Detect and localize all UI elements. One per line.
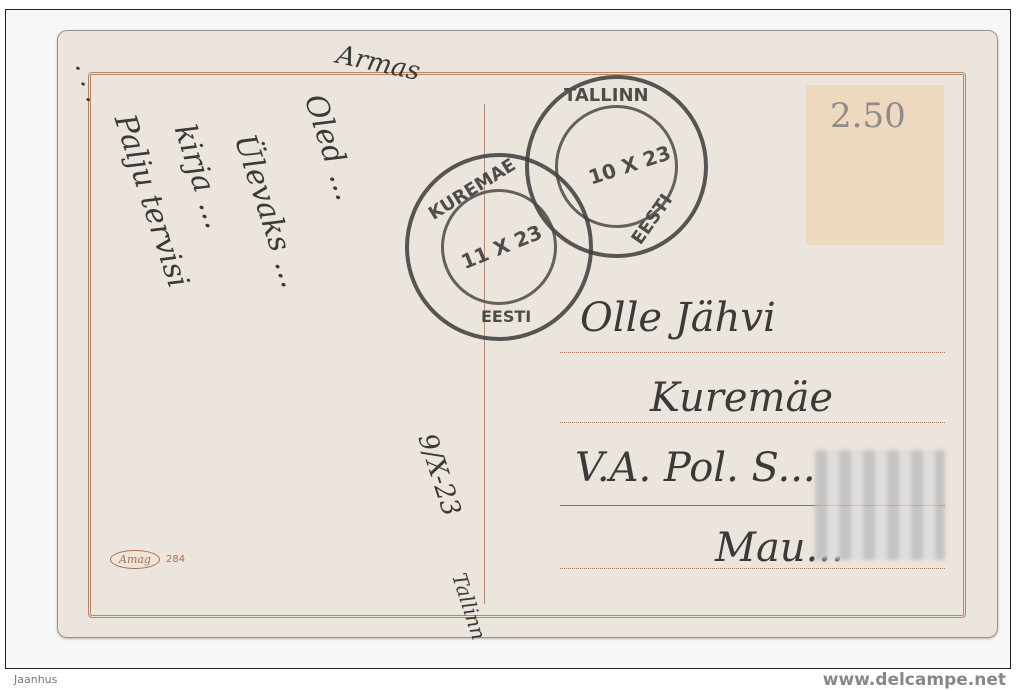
- postmark-tallinn-town: TALLINN: [564, 85, 649, 106]
- publisher-logo: Amag: [110, 550, 160, 569]
- watermark-left: Jaanhus: [14, 673, 57, 686]
- address-line-1: [560, 352, 945, 353]
- postmark-kuremae: KUREMAE 11 X 23 EESTI: [405, 153, 593, 341]
- pixelated-redaction: [815, 450, 945, 560]
- address-name: Olle Jähvi: [580, 295, 776, 341]
- watermark-right: www.delcampe.net: [823, 670, 1006, 690]
- address-line-postoffice: V.A. Pol. S...: [575, 445, 816, 491]
- address-line-2: [560, 422, 945, 423]
- address-town: Kuremäe: [650, 375, 833, 421]
- pencil-price: 2.50: [830, 96, 906, 136]
- publisher-mark: Amag 284: [110, 550, 185, 569]
- publisher-number: 284: [166, 554, 185, 565]
- postmark-kuremae-country: EESTI: [481, 307, 531, 326]
